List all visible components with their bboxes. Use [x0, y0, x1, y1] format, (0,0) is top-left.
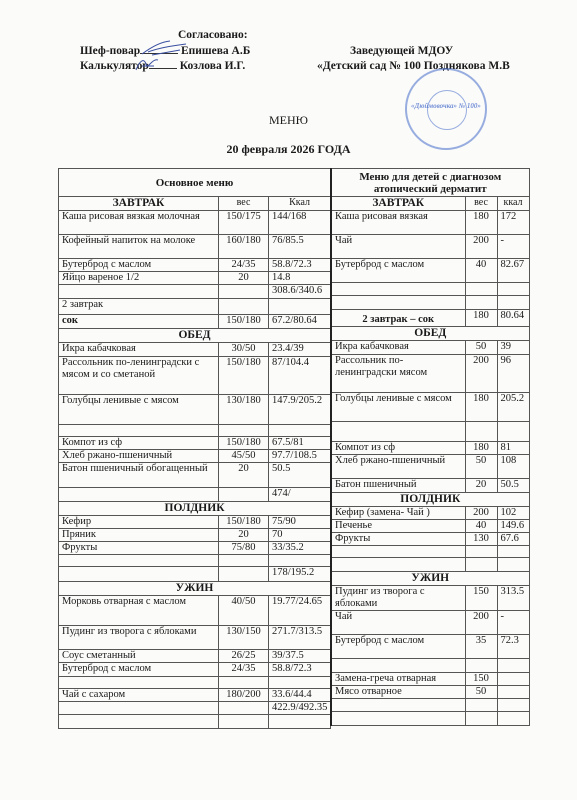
dish-name: Яйцо вареное 1/2: [59, 272, 219, 285]
dish-kcal: 19.77/24.65: [269, 596, 331, 626]
dish-name: [331, 283, 465, 296]
dish-weight: [465, 422, 497, 442]
dish-kcal: [497, 673, 529, 686]
dish-kcal: [497, 296, 529, 310]
dish-kcal: [269, 677, 331, 689]
menu-row: Компот из сф18081: [331, 442, 529, 455]
dish-weight: [219, 677, 269, 689]
dish-name: [59, 488, 219, 502]
dish-kcal: [497, 546, 529, 558]
dish-weight: 50: [465, 341, 497, 355]
menu-row: [331, 712, 529, 726]
dish-weight: 150/175: [219, 211, 269, 235]
dish-kcal: 14.8: [269, 272, 331, 285]
dish-name: Бутерброд с маслом: [331, 259, 465, 283]
dish-name: Чай с сахаром: [59, 689, 219, 702]
menu-row: 2 завтрак – сок18080.64: [331, 310, 529, 327]
dish-name: [59, 677, 219, 689]
dish-weight: [465, 546, 497, 558]
dish-weight: 20: [219, 463, 269, 488]
dish-weight: [219, 299, 269, 315]
menu-row: 422.9/492.35: [59, 702, 331, 715]
dish-kcal: 172: [497, 211, 529, 235]
section-header: ОБЕД: [59, 329, 331, 343]
dish-name: [331, 659, 465, 673]
menu-row: [59, 677, 331, 689]
dish-weight: [465, 283, 497, 296]
dish-kcal: [269, 299, 331, 315]
column-header-weight: вес: [219, 197, 269, 211]
dish-weight: 40: [465, 520, 497, 533]
menu-row: [331, 546, 529, 558]
menu-row: Голубцы ленивые с мясом180205.2: [331, 393, 529, 422]
dish-name: Хлеб ржано-пшеничный: [59, 450, 219, 463]
dish-name: Пудинг из творога с яблоками: [59, 626, 219, 650]
dish-weight: 180: [465, 310, 497, 327]
dish-weight: 40: [465, 259, 497, 283]
dish-name: [331, 712, 465, 726]
dish-name: [331, 422, 465, 442]
dish-weight: 200: [465, 355, 497, 393]
dish-kcal: 70: [269, 529, 331, 542]
dish-kcal: 67.5/81: [269, 437, 331, 450]
section-header: УЖИН: [59, 582, 331, 596]
menu-row: Чай200-: [331, 611, 529, 635]
menu-row: Бутерброд с маслом24/3558.8/72.3: [59, 663, 331, 677]
menu-row: [331, 296, 529, 310]
dish-kcal: 72.3: [497, 635, 529, 659]
dish-kcal: 67.2/80.64: [269, 315, 331, 329]
menu-row: Бутерброд с маслом4082.67: [331, 259, 529, 283]
dish-name: Бутерброд с маслом: [59, 259, 219, 272]
dish-kcal: 33.6/44.4: [269, 689, 331, 702]
dish-kcal: [497, 558, 529, 572]
menu-row: сок150/18067.2/80.64: [59, 315, 331, 329]
dish-kcal: 80.64: [497, 310, 529, 327]
dish-weight: 30/50: [219, 343, 269, 357]
dish-weight: 20: [219, 272, 269, 285]
menu-row: [59, 425, 331, 437]
dish-weight: 35: [465, 635, 497, 659]
dish-name: Фрукты: [331, 533, 465, 546]
dish-weight: 150/180: [219, 516, 269, 529]
menu-row: Кефир150/18075/90: [59, 516, 331, 529]
menu-row: Бутерброд с маслом3572.3: [331, 635, 529, 659]
dish-name: Бутерброд с маслом: [331, 635, 465, 659]
dish-name: Икра кабачковая: [331, 341, 465, 355]
dish-kcal: [269, 555, 331, 567]
dish-name: Чай: [331, 611, 465, 635]
head-org: «Детский сад № 100 Позднякова М.В: [317, 60, 510, 72]
section-header: ПОЛДНИК: [59, 502, 331, 516]
dish-name: 2 завтрак – сок: [331, 310, 465, 327]
dish-name: 2 завтрак: [59, 299, 219, 315]
calculator-name: Козлова И.Г.: [180, 60, 246, 72]
calculator-signature-icon: [132, 54, 162, 74]
dish-kcal: 50.5: [497, 479, 529, 493]
dish-weight: 200: [465, 235, 497, 259]
dish-kcal: 147.9/205.2: [269, 395, 331, 425]
dish-weight: 50: [465, 455, 497, 479]
dish-name: Голубцы ленивые с мясом: [59, 395, 219, 425]
dish-kcal: 39/37.5: [269, 650, 331, 663]
dish-weight: [219, 567, 269, 582]
dish-name: Компот из сф: [59, 437, 219, 450]
menu-date: 20 февраля 2026 ГОДА: [0, 142, 577, 157]
dish-kcal: 178/195.2: [269, 567, 331, 582]
menu-row: 474/: [59, 488, 331, 502]
chef-name: Епишева А.Б: [181, 45, 250, 57]
dish-weight: [219, 702, 269, 715]
official-stamp-icon: «Дюймовочка» № 100»: [405, 68, 487, 150]
dish-kcal: 81: [497, 442, 529, 455]
menu-row: 2 завтрак: [59, 299, 331, 315]
dish-weight: [465, 558, 497, 572]
menu-caption: Меню для детей с диагнозом атопический д…: [331, 169, 529, 197]
menu-row: Фрукты75/8033/35.2: [59, 542, 331, 555]
dish-name: Замена-греча отварная: [331, 673, 465, 686]
section-header: ПОЛДНИК: [331, 493, 529, 507]
dish-name: Голубцы ленивые с мясом: [331, 393, 465, 422]
dish-weight: [465, 699, 497, 712]
dish-kcal: 76/85.5: [269, 235, 331, 259]
menu-row: Хлеб ржано-пшеничный45/5097.7/108.5: [59, 450, 331, 463]
dish-kcal: 75/90: [269, 516, 331, 529]
dish-name: Печенье: [331, 520, 465, 533]
dish-weight: 150: [465, 673, 497, 686]
menu-row: Замена-греча отварная150: [331, 673, 529, 686]
stamp-text: «Дюймовочка» № 100»: [407, 102, 485, 110]
menu-row: Голубцы ленивые с мясом130/180147.9/205.…: [59, 395, 331, 425]
dish-weight: 200: [465, 507, 497, 520]
dish-kcal: 313.5: [497, 586, 529, 611]
dish-name: [59, 425, 219, 437]
dish-name: Батон пшеничный: [331, 479, 465, 493]
menu-row: [331, 283, 529, 296]
dish-name: [59, 567, 219, 582]
menu-row: [331, 659, 529, 673]
menu-row: [331, 699, 529, 712]
dish-kcal: [497, 712, 529, 726]
dish-weight: 20: [219, 529, 269, 542]
menu-row: Кофейный напиток на молоке160/18076/85.5: [59, 235, 331, 259]
dish-kcal: 97.7/108.5: [269, 450, 331, 463]
dish-weight: 20: [465, 479, 497, 493]
menu-row: Пудинг из творога с яблоками150313.5: [331, 586, 529, 611]
menu-row: Рассольник по-ленинградски с мясом и со …: [59, 357, 331, 395]
menu-row: Чай с сахаром180/20033.6/44.4: [59, 689, 331, 702]
dish-kcal: 33/35.2: [269, 542, 331, 555]
menu-row: Пряник2070: [59, 529, 331, 542]
dish-kcal: 58.8/72.3: [269, 259, 331, 272]
dish-name: [331, 699, 465, 712]
dish-kcal: 308.6/340.6: [269, 285, 331, 299]
menu-row: Хлеб ржано-пшеничный50108: [331, 455, 529, 479]
dish-kcal: [497, 659, 529, 673]
dish-name: Пряник: [59, 529, 219, 542]
dish-weight: 50: [465, 686, 497, 699]
dish-weight: 40/50: [219, 596, 269, 626]
dish-weight: 24/35: [219, 663, 269, 677]
dish-name: [331, 558, 465, 572]
dish-weight: 150/180: [219, 437, 269, 450]
dish-name: Каша рисовая вязкая молочная: [59, 211, 219, 235]
dish-weight: [465, 296, 497, 310]
head-title: Заведующей МДОУ: [350, 45, 453, 57]
menu-row: Печенье40149.6: [331, 520, 529, 533]
dish-kcal: 67.6: [497, 533, 529, 546]
menu-row: Компот из сф150/18067.5/81: [59, 437, 331, 450]
dish-weight: 130/150: [219, 626, 269, 650]
menu-row: Яйцо вареное 1/22014.8: [59, 272, 331, 285]
column-header-kcal: Ккал: [269, 197, 331, 211]
dish-weight: [465, 712, 497, 726]
dish-name: Кофейный напиток на молоке: [59, 235, 219, 259]
dish-weight: 150: [465, 586, 497, 611]
menu-row: Каша рисовая вязкая молочная150/175144/1…: [59, 211, 331, 235]
dish-name: Каша рисовая вязкая: [331, 211, 465, 235]
menu-row: Мясо отварное50: [331, 686, 529, 699]
menu-row: 178/195.2: [59, 567, 331, 582]
dish-name: [59, 285, 219, 299]
dish-name: [331, 296, 465, 310]
dish-weight: [219, 715, 269, 729]
menu-row: Бутерброд с маслом24/3558.8/72.3: [59, 259, 331, 272]
dish-kcal: 102: [497, 507, 529, 520]
dish-kcal: 144/168: [269, 211, 331, 235]
dish-name: Икра кабачковая: [59, 343, 219, 357]
dish-kcal: [497, 699, 529, 712]
menu-row: Пудинг из творога с яблоками130/150271.7…: [59, 626, 331, 650]
dish-name: Фрукты: [59, 542, 219, 555]
menu-row: Батон пшеничный2050.5: [331, 479, 529, 493]
diet-menu-table: Меню для детей с диагнозом атопический д…: [330, 168, 530, 726]
menu-row: Рассольник по-ленинградски мясом20096: [331, 355, 529, 393]
dish-weight: 75/80: [219, 542, 269, 555]
dish-kcal: 58.8/72.3: [269, 663, 331, 677]
dish-weight: 160/180: [219, 235, 269, 259]
calculator-line: Калькулятор Козлова И.Г.: [80, 60, 245, 72]
menu-row: Чай200-: [331, 235, 529, 259]
menu-row: 308.6/340.6: [59, 285, 331, 299]
dish-name: Пудинг из творога с яблоками: [331, 586, 465, 611]
menu-row: Соус сметанный26/2539/37.5: [59, 650, 331, 663]
menu-row: Икра кабачковая5039: [331, 341, 529, 355]
dish-kcal: 205.2: [497, 393, 529, 422]
dish-name: Кефир (замена- Чай ): [331, 507, 465, 520]
dish-name: Кефир: [59, 516, 219, 529]
menu-row: Батон пшеничный обогащенный2050.5: [59, 463, 331, 488]
menu-row: Икра кабачковая30/5023.4/39: [59, 343, 331, 357]
dish-name: [59, 715, 219, 729]
column-header-kcal: ккал: [497, 197, 529, 211]
main-menu-table: Основное менюЗАВТРАКвесКкалКаша рисовая …: [58, 168, 331, 729]
dish-weight: 180/200: [219, 689, 269, 702]
dish-weight: 130/180: [219, 395, 269, 425]
menu-title: МЕНЮ: [0, 113, 577, 128]
column-header-weight: вес: [465, 197, 497, 211]
section-header: ЗАВТРАК: [59, 197, 219, 211]
menu-row: [331, 558, 529, 572]
dish-kcal: [269, 715, 331, 729]
dish-name: Мясо отварное: [331, 686, 465, 699]
section-header: ЗАВТРАК: [331, 197, 465, 211]
dish-name: [331, 546, 465, 558]
menu-caption: Основное меню: [59, 169, 331, 197]
dish-name: Рассольник по-ленинградски мясом: [331, 355, 465, 393]
dish-weight: [219, 285, 269, 299]
dish-kcal: [269, 425, 331, 437]
dish-kcal: -: [497, 611, 529, 635]
dish-kcal: 23.4/39: [269, 343, 331, 357]
dish-kcal: [497, 422, 529, 442]
dish-weight: 130: [465, 533, 497, 546]
dish-name: Хлеб ржано-пшеничный: [331, 455, 465, 479]
dish-kcal: -: [497, 235, 529, 259]
dish-name: Рассольник по-ленинградски с мясом и со …: [59, 357, 219, 395]
dish-name: Бутерброд с маслом: [59, 663, 219, 677]
dish-name: сок: [59, 315, 219, 329]
dish-weight: [465, 659, 497, 673]
dish-name: Морковь отварная с маслом: [59, 596, 219, 626]
dish-weight: 180: [465, 211, 497, 235]
dish-name: Батон пшеничный обогащенный: [59, 463, 219, 488]
menu-row: Морковь отварная с маслом40/5019.77/24.6…: [59, 596, 331, 626]
dish-kcal: 422.9/492.35: [269, 702, 331, 715]
dish-weight: [219, 425, 269, 437]
dish-weight: 150/180: [219, 357, 269, 395]
dish-kcal: 149.6: [497, 520, 529, 533]
dish-weight: 150/180: [219, 315, 269, 329]
dish-kcal: 96: [497, 355, 529, 393]
dish-kcal: [497, 283, 529, 296]
dish-weight: 180: [465, 393, 497, 422]
section-header: УЖИН: [331, 572, 529, 586]
dish-name: [59, 555, 219, 567]
dish-name: Чай: [331, 235, 465, 259]
dish-weight: 200: [465, 611, 497, 635]
dish-kcal: 108: [497, 455, 529, 479]
dish-weight: 26/25: [219, 650, 269, 663]
dish-kcal: [497, 686, 529, 699]
dish-weight: 180: [465, 442, 497, 455]
dish-kcal: 82.67: [497, 259, 529, 283]
dish-weight: 24/35: [219, 259, 269, 272]
dish-kcal: 39: [497, 341, 529, 355]
dish-weight: [219, 555, 269, 567]
menu-row: Каша рисовая вязкая180172: [331, 211, 529, 235]
menu-row: Кефир (замена- Чай )200102: [331, 507, 529, 520]
menu-row: [331, 422, 529, 442]
dish-name: Компот из сф: [331, 442, 465, 455]
menu-row: [59, 715, 331, 729]
dish-kcal: 271.7/313.5: [269, 626, 331, 650]
dish-weight: [219, 488, 269, 502]
dish-name: Соус сметанный: [59, 650, 219, 663]
dish-kcal: 87/104.4: [269, 357, 331, 395]
dish-weight: 45/50: [219, 450, 269, 463]
menu-row: Фрукты13067.6: [331, 533, 529, 546]
dish-kcal: 50.5: [269, 463, 331, 488]
dish-name: [59, 702, 219, 715]
section-header: ОБЕД: [331, 327, 529, 341]
menu-row: [59, 555, 331, 567]
dish-kcal: 474/: [269, 488, 331, 502]
